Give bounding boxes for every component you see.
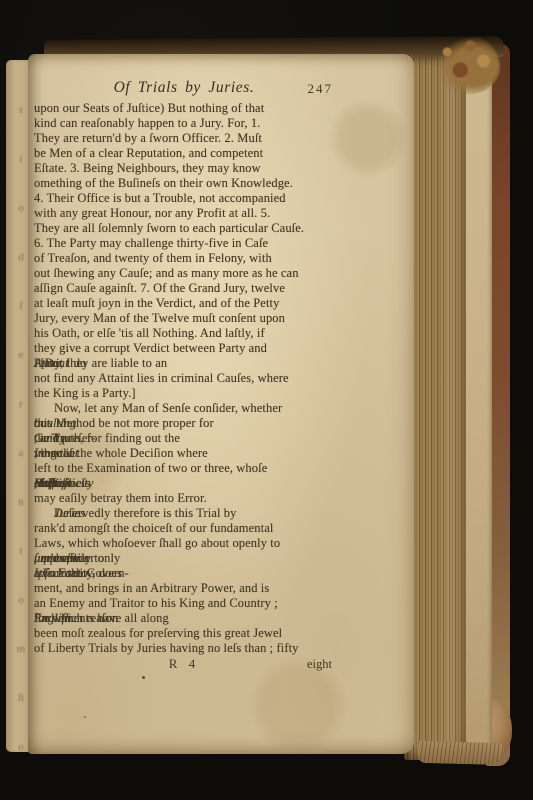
text-line: ment, and brings in an Arbitrary Power, … <box>34 581 334 596</box>
text-line: They are return'd by a ſworn Officer. 2.… <box>34 131 334 146</box>
text-segment: , than if the whole Deciſion where <box>34 446 208 461</box>
signature-mark: R 4 <box>169 656 199 671</box>
text-segment: of Liberty Trials by Juries having no le… <box>34 641 299 656</box>
text-segment: been moſt zealous for preſerving this gr… <box>34 626 282 641</box>
text-line: the Truth, for finding out the Guilty, a… <box>34 431 334 446</box>
text-line: with any great Honour, nor any Profit at… <box>34 206 334 221</box>
running-head: Of Trials by Juries. 247 <box>34 79 334 99</box>
text-line: be Men of a clear Reputation, and compet… <box>34 146 334 161</box>
text-line: Jury, every Man of the Twelve muſt conſe… <box>34 311 334 326</box>
text-line: Deſervedly therefore is this Trial by Ju… <box>34 506 334 521</box>
text-line: They are all ſolemnly ſworn to each part… <box>34 221 334 236</box>
text-line: an Enemy and Traitor to his King and Cou… <box>34 596 334 611</box>
text-line: his Oath, or elſe 'tis all Nothing. And … <box>34 326 334 341</box>
page-content: Of Trials by Juries. 247 upon our Seats … <box>34 54 334 754</box>
text-segment: his Oath, or elſe 'tis all Nothing. And … <box>34 326 265 341</box>
body-text: upon our Seats of Juſtice) But nothing o… <box>34 101 334 672</box>
text-segment: not find any Attaint lies in criminal Ca… <box>34 371 289 386</box>
text-segment: Jury, every Man of the Twelve muſt conſe… <box>34 311 285 326</box>
text-line: left to the Examination of two or three,… <box>34 461 334 476</box>
text-segment: 4. Their Office is but a Trouble, not ac… <box>34 191 286 206</box>
page-number: 247 <box>308 81 334 97</box>
text-line: the King is a Party.] <box>34 386 334 401</box>
text-segment: with any great Honour, nor any Profit at… <box>34 206 270 221</box>
catchword: eight <box>307 656 332 672</box>
photo-background: t i o d ſ e r a n t o m ſt o Of Trials b… <box>0 0 533 800</box>
show-through-text: t i o d ſ e r a n t o m ſt o <box>13 86 29 772</box>
text-line: may eaſily betray them into Error. <box>34 491 334 506</box>
fore-edge-bottom-curl <box>418 741 505 765</box>
text-line: rank'd amongſt the choiceſt of our funda… <box>34 521 334 536</box>
text-line: Party, they are liable to an Attaint. [B… <box>34 356 334 371</box>
text-segment: 6. The Party may challenge thirty-five i… <box>34 236 268 251</box>
text-segment: out <box>34 416 50 431</box>
text-line: Eſtate. 3. Being Neighbours, they may kn… <box>34 161 334 176</box>
text-line: of Liberty Trials by Juries having no le… <box>34 641 334 656</box>
text-segment: of Treaſon, and twenty of them in Felony… <box>34 251 272 266</box>
text-line: Laws, which whoſoever ſhall go about ope… <box>34 536 334 551</box>
text-line: omething of the Buſineſs on their own Kn… <box>34 176 334 191</box>
text-line: this Method be not more proper for boult… <box>34 416 334 431</box>
text-segment: be Men of a clear Reputation, and compet… <box>34 146 263 161</box>
text-line: 4. Their Office is but a Trouble, not ac… <box>34 191 334 206</box>
text-segment: may eaſily betray them into Error. <box>34 491 207 506</box>
text-segment: at leaſt muſt joyn in the Verdict, and o… <box>34 296 279 311</box>
italic-text: Juries <box>44 506 85 521</box>
book-page: Of Trials by Juries. 247 upon our Seats … <box>28 54 414 754</box>
text-segment: Eſtate. 3. Being Neighbours, they may kn… <box>34 161 261 176</box>
text-line: out ſhewing any Cauſe; and as many more … <box>34 266 334 281</box>
text-segment: . [But I do <box>34 356 87 371</box>
text-line: at leaſt muſt joyn in the Verdict, and o… <box>34 296 334 311</box>
running-head-title: Of Trials by Juries. <box>34 79 334 97</box>
text-segment: attack the Govern- <box>34 566 129 581</box>
text-segment: out ſhewing any Cauſe; and as many more … <box>34 266 299 281</box>
text-segment: rank'd amongſt the choiceſt of our funda… <box>34 521 273 536</box>
text-segment: ment, and brings in an Arbitrary Power, … <box>34 581 269 596</box>
signature-row: R 4 eight <box>34 656 334 672</box>
text-line: Now, let any Man of Senſe conſider, whet… <box>34 401 334 416</box>
text-line: aſſign Cauſe againſt. 7. Of the Grand Ju… <box>34 281 334 296</box>
text-line: kind can reaſonably happen to a Jury. Fo… <box>34 116 334 131</box>
text-segment: omething of the Buſineſs on their own Kn… <box>34 176 293 191</box>
text-segment: they give a corrupt Verdict between Part… <box>34 341 267 356</box>
text-line: for which reaſon Engliſh Parliaments hav… <box>34 611 334 626</box>
text-segment: Parliaments have all along <box>34 611 169 626</box>
text-line: 6. The Party may challenge thirty-five i… <box>34 236 334 251</box>
text-segment: aſſign Cauſe againſt. 7. Of the Grand Ju… <box>34 281 285 296</box>
ink-speck <box>84 716 86 718</box>
text-segment: the King is a Party.] <box>34 386 136 401</box>
text-segment: , and render only <box>34 551 120 566</box>
text-segment: They are all ſolemnly ſworn to each part… <box>34 221 304 236</box>
text-line: Intereſt, Paſſion, Haſte, or Multiplicit… <box>34 476 334 491</box>
text-segment: They are return'd by a ſworn Officer. 2.… <box>34 131 262 146</box>
text-line: they give a corrupt Verdict between Part… <box>34 341 334 356</box>
text-segment: left to the Examination of two or three,… <box>34 461 267 476</box>
text-line: been moſt zealous for preſerving this gr… <box>34 626 334 641</box>
text-segment: , and preſer- <box>34 431 96 446</box>
text-line: a Formality, does Ipſo Facto attack the … <box>34 566 334 581</box>
text-line: upon our Seats of Juſtice) But nothing o… <box>34 101 334 116</box>
text-segment: of Buſineſs <box>34 476 90 491</box>
text-segment: kind can reaſonably happen to a Jury. Fo… <box>34 116 260 131</box>
text-line: ving the Innocent, than if the whole Dec… <box>34 446 334 461</box>
text-segment: upon our Seats of Juſtice) But nothing o… <box>34 101 264 116</box>
text-line: not find any Attaint lies in criminal Ca… <box>34 371 334 386</box>
text-segment: Now, let any Man of Senſe conſider, whet… <box>44 401 282 416</box>
ink-speck <box>142 676 145 679</box>
text-segment: Laws, which whoſoever ſhall go about ope… <box>34 536 280 551</box>
text-segment: an Enemy and Traitor to his King and Cou… <box>34 596 278 611</box>
text-line: of Treaſon, and twenty of them in Felony… <box>34 251 334 266</box>
text-line: ſuppreſs, or craftily to undermine, and … <box>34 551 334 566</box>
